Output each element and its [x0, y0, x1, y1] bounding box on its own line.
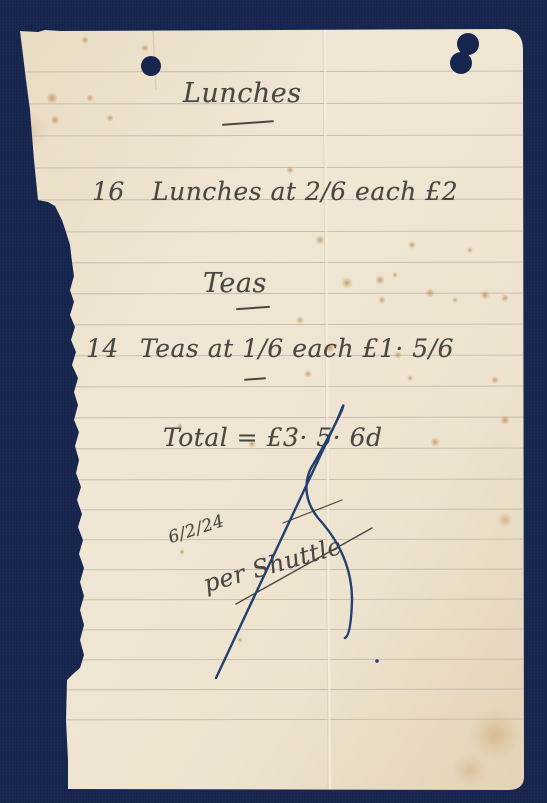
lunches-line-text: Lunches at 2/6 each £2 [152, 177, 458, 206]
total-line: Total = £3· 5· 6d [163, 423, 383, 452]
lunches-quantity: 16 [92, 177, 125, 206]
heading-lunches: Lunches [183, 78, 302, 109]
teas-line-text: Teas at 1/6 each £1· 5/6 [140, 334, 454, 363]
punch-hole-left [141, 56, 161, 76]
heading-teas: Teas [203, 268, 267, 299]
receipt-document: Lunches 16 Lunches at 2/6 each £2 Teas 1… [0, 0, 547, 803]
teas-quantity: 14 [86, 334, 119, 363]
